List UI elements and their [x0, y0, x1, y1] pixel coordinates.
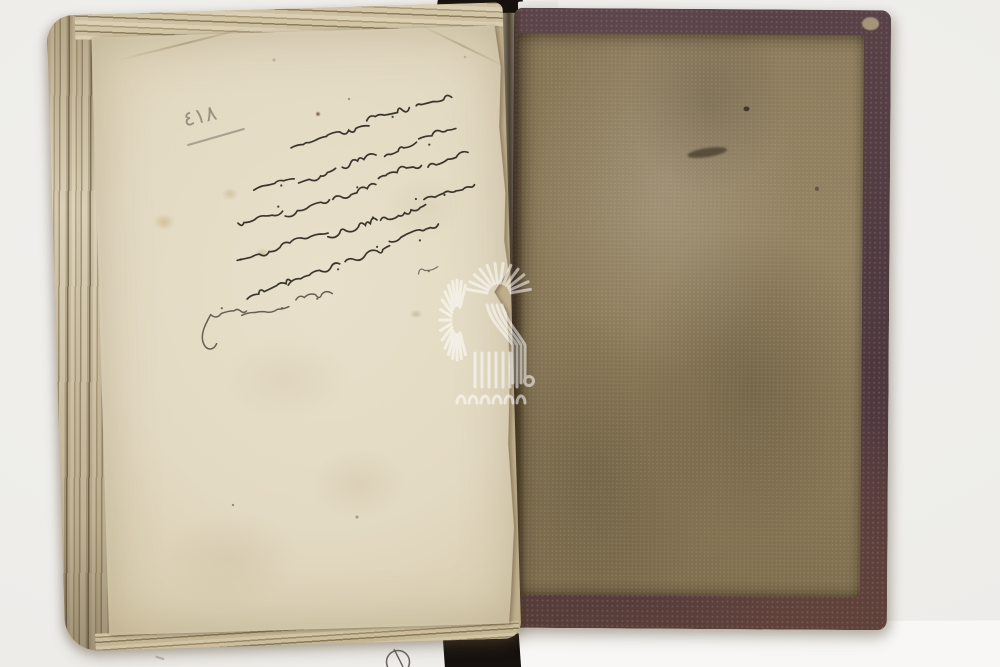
circled-pencil-mark — [376, 648, 420, 667]
digitization-watermark-icon — [429, 255, 545, 421]
photo-of-open-manuscript: ٤١٨ — [0, 0, 1000, 667]
